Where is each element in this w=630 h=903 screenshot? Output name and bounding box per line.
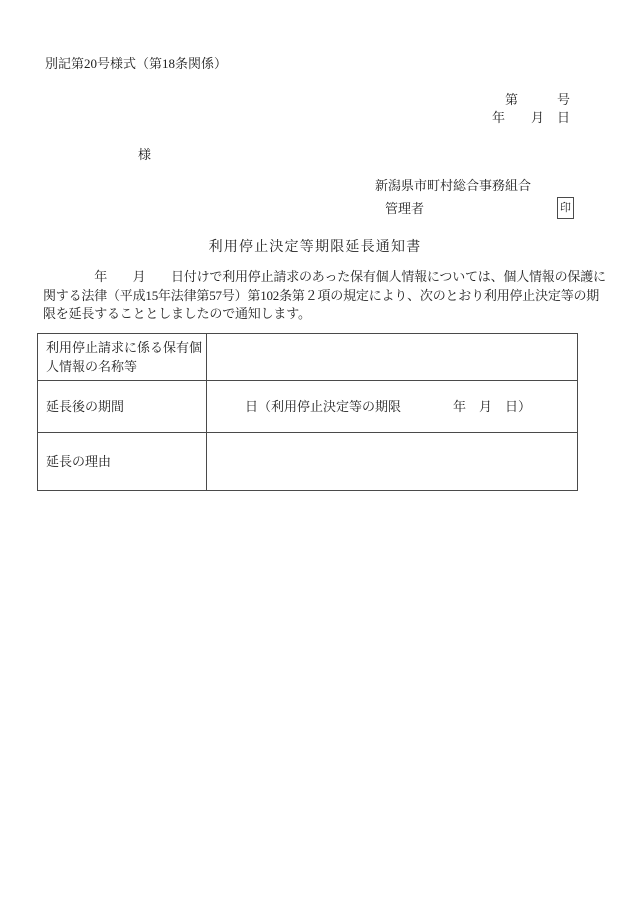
body-paragraph: 年 月 日付けで利用停止請求のあった保有個人情報については、個人情報の保護に 関…: [43, 268, 603, 324]
row-value-extended-period: 日（利用停止決定等の期限 年 月 日）: [207, 381, 578, 433]
body-line-1: 年 月 日付けで利用停止請求のあった保有個人情報については、個人情報の保護に: [43, 268, 603, 287]
row-value-information-name: [207, 334, 578, 381]
seal-mark: 印: [557, 197, 574, 219]
addressee-honorific: 様: [138, 147, 151, 162]
row-value-extension-reason: [207, 433, 578, 491]
document-number-line: 第 号: [505, 92, 570, 107]
body-line-2: 関する法律（平成15年法律第57号）第102条第２項の規定により、次のとおり利用…: [43, 287, 603, 306]
body-line-3: 限を延長することとしましたので通知します。: [43, 305, 603, 324]
document-title: 利用停止決定等期限延長通知書: [0, 236, 630, 256]
row-label-extension-reason: 延長の理由: [38, 433, 207, 491]
form-number: 別記第20号様式（第18条関係）: [45, 56, 227, 71]
date-line: 年 月 日: [492, 110, 570, 125]
row-label-information-name: 利用停止請求に係る保有個人情報の名称等: [38, 334, 207, 381]
row-label-extended-period: 延長後の期間: [38, 381, 207, 433]
sender-title: 管理者: [385, 201, 424, 216]
table-row-information-name: 利用停止請求に係る保有個人情報の名称等: [38, 334, 578, 381]
sender-organization: 新潟県市町村総合事務組合: [375, 178, 531, 193]
table-row-extended-period: 延長後の期間 日（利用停止決定等の期限 年 月 日）: [38, 381, 578, 433]
table-row-extension-reason: 延長の理由: [38, 433, 578, 491]
document-page: 別記第20号様式（第18条関係） 第 号 年 月 日 様 新潟県市町村総合事務組…: [0, 0, 630, 903]
extension-table: 利用停止請求に係る保有個人情報の名称等 延長後の期間 日（利用停止決定等の期限 …: [37, 333, 578, 491]
